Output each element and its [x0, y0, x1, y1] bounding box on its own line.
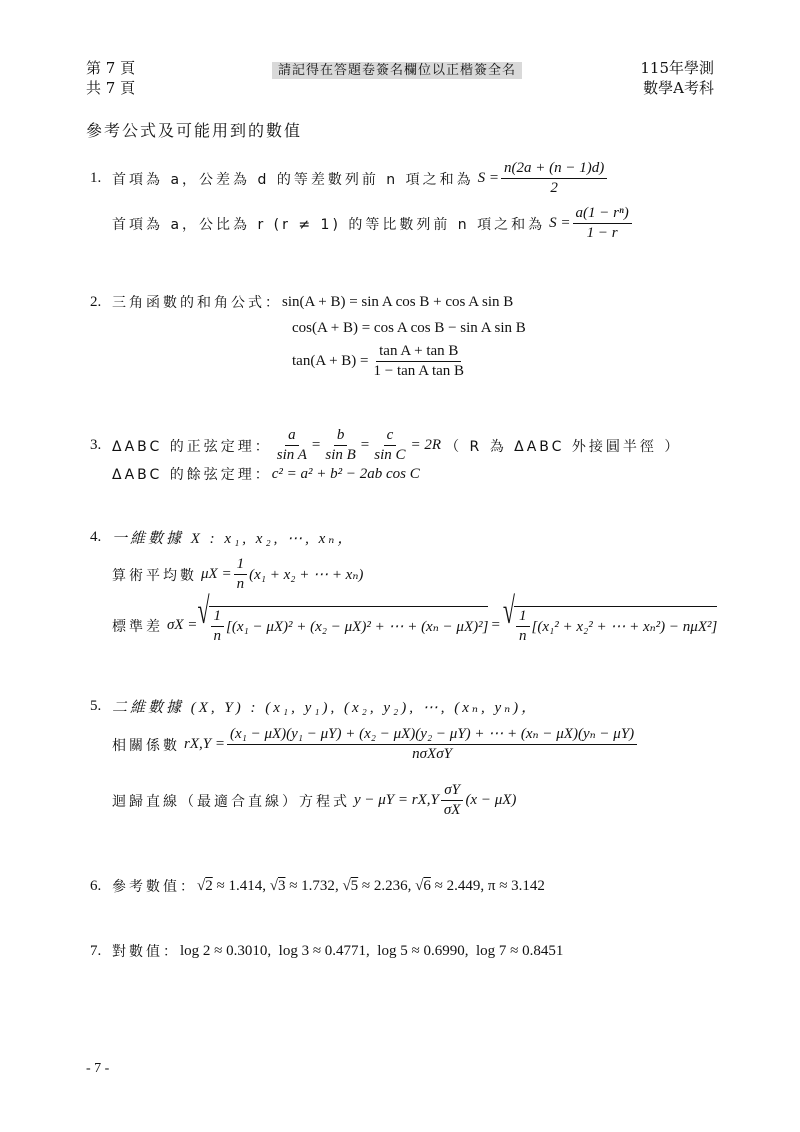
formula-item-2: 2. 三角函數的和角公式： sin(A + B) = sin A cos B +… [90, 292, 513, 312]
page-footer: - 7 - [86, 1061, 109, 1077]
correlation-label: 相關係數 [112, 735, 180, 755]
signature-notice: 請記得在答題卷簽名欄位以正楷簽全名 [272, 59, 522, 78]
exam-subject: 數學A考科 [640, 78, 714, 98]
sqrt5-value: √5 ≈ 2.236, [342, 878, 415, 895]
formula-item-5: 5. 二維數據 (X, Y) : (x₁, y₁), (x₂, y₂), ⋯, … [90, 696, 539, 717]
sine-rhs: = 2R [411, 437, 442, 454]
formula-lhs: S = [478, 170, 499, 187]
exam-year: 115年學測 [640, 58, 714, 78]
item-number: 3. [90, 437, 112, 454]
sqrt6-value: √6 ≈ 2.449, [415, 878, 488, 895]
item-number: 5. [90, 698, 112, 715]
formula-item-7: 7. 對數值： log 2 ≈ 0.3010, log 3 ≈ 0.4771, … [90, 941, 563, 961]
formula-item-4: 4. 一維數據 X : x₁, x₂, ⋯, xₙ， [90, 527, 355, 548]
arithmetic-series-label: 首項為 a，公差為 d 的等差數列前 n 項之和為 [112, 169, 474, 189]
item-number: 4. [90, 529, 112, 546]
bivariate-intro: 二維數據 (X, Y) : (x₁, y₁), (x₂, y₂), ⋯, (xₙ… [112, 696, 539, 717]
circumradius-note: （ R 為 ΔABC 外接圓半徑 ） [445, 436, 681, 456]
sine-ratio-a: a sin A [274, 427, 310, 464]
tan-sum-fraction: tan A + tan B 1 − tan A tan B [371, 343, 468, 380]
item-number: 2. [90, 294, 112, 311]
section-title: 參考公式及可能用到的數值 [86, 118, 302, 141]
angle-sum-label: 三角函數的和角公式： [112, 292, 282, 312]
item-number: 7. [90, 943, 112, 960]
log-values: log 2 ≈ 0.3010, log 3 ≈ 0.4771, log 5 ≈ … [180, 943, 563, 960]
sqrt-definition: √ 1n [(x₁ − μX)² + (x₂ − μX)² + ⋯ + (xₙ … [197, 606, 488, 645]
geometric-sum-fraction: a(1 − rⁿ) 1 − r [573, 205, 632, 242]
sqrt3-value: √3 ≈ 1.732, [270, 878, 343, 895]
arithmetic-sum-fraction: n(2a + (n − 1)d) 2 [501, 160, 607, 197]
exam-info: 115年學測 數學A考科 [640, 58, 714, 98]
formula-lhs: S = [549, 215, 570, 232]
sin-sum-formula: sin(A + B) = sin A cos B + cos A sin B [282, 294, 513, 311]
std-dev-label: 標準差 [112, 616, 163, 636]
item-number: 6. [90, 878, 112, 895]
tan-sum-formula: tan(A + B) = tan A + tan B 1 − tan A tan… [292, 343, 469, 380]
regression-formula: 迴歸直線（最適合直線）方程式 y − μY = rX,Y σY σX (x − … [112, 782, 516, 819]
sigma-ratio: σY σX [441, 782, 464, 819]
mean-label: 算術平均數 [112, 565, 197, 585]
one-over-n: 1 n [234, 556, 248, 593]
log-values-label: 對數值： [112, 941, 180, 961]
sine-ratio-c: c sin C [371, 427, 408, 464]
page-number: 第 7 頁 [86, 58, 135, 78]
regression-label: 迴歸直線（最適合直線）方程式 [112, 791, 350, 811]
mean-formula: 算術平均數 μX = 1 n (x₁ + x₂ + ⋯ + xₙ) [112, 556, 363, 593]
law-of-cosines-label: ΔABC 的餘弦定理： [112, 464, 272, 484]
geometric-series-label: 首項為 a，公比為 r (r ≠ 1) 的等比數列前 n 項之和為 [112, 214, 545, 234]
page-indicator: 第 7 頁 共 7 頁 [86, 58, 135, 98]
sine-ratio-b: b sin B [322, 427, 358, 464]
cos-sum-formula: cos(A + B) = cos A cos B − sin A sin B [292, 320, 526, 337]
correlation-formula: 相關係數 rX,Y = (x₁ − μX)(y₁ − μY) + (x₂ − μ… [112, 726, 639, 763]
pi-value: π ≈ 3.142 [488, 878, 545, 895]
correlation-fraction: (x₁ − μX)(y₁ − μY) + (x₂ − μX)(y₂ − μY) … [227, 726, 637, 763]
std-dev-formula: 標準差 σX = √ 1n [(x₁ − μX)² + (x₂ − μX)² +… [112, 606, 717, 645]
law-of-cosines: ΔABC 的餘弦定理： c² = a² + b² − 2ab cos C [112, 464, 420, 484]
sqrt2-value: √2 ≈ 1.414, [197, 878, 270, 895]
formula-item-3: 3. ΔABC 的正弦定理： a sin A = b sin B = c sin… [90, 427, 681, 464]
sqrt-computational: √ 1n [(x₁² + x₂² + ⋯ + xₙ²) − nμX²] [503, 606, 717, 645]
reference-values-label: 參考數值： [112, 876, 197, 896]
formula-item-6: 6. 參考數值： √2 ≈ 1.414, √3 ≈ 1.732, √5 ≈ 2.… [90, 876, 545, 896]
law-of-cosines-formula: c² = a² + b² − 2ab cos C [272, 466, 420, 483]
page-total: 共 7 頁 [86, 78, 135, 98]
formula-item-1: 1. 首項為 a，公差為 d 的等差數列前 n 項之和為 S = n(2a + … [90, 160, 609, 197]
formula-item-1-geometric: 首項為 a，公比為 r (r ≠ 1) 的等比數列前 n 項之和為 S = a(… [112, 205, 634, 242]
law-of-sines-label: ΔABC 的正弦定理： [112, 436, 272, 456]
univariate-intro: 一維數據 X : x₁, x₂, ⋯, xₙ， [112, 527, 355, 548]
signature-notice-text: 請記得在答題卷簽名欄位以正楷簽全名 [272, 62, 522, 79]
item-number: 1. [90, 170, 112, 187]
